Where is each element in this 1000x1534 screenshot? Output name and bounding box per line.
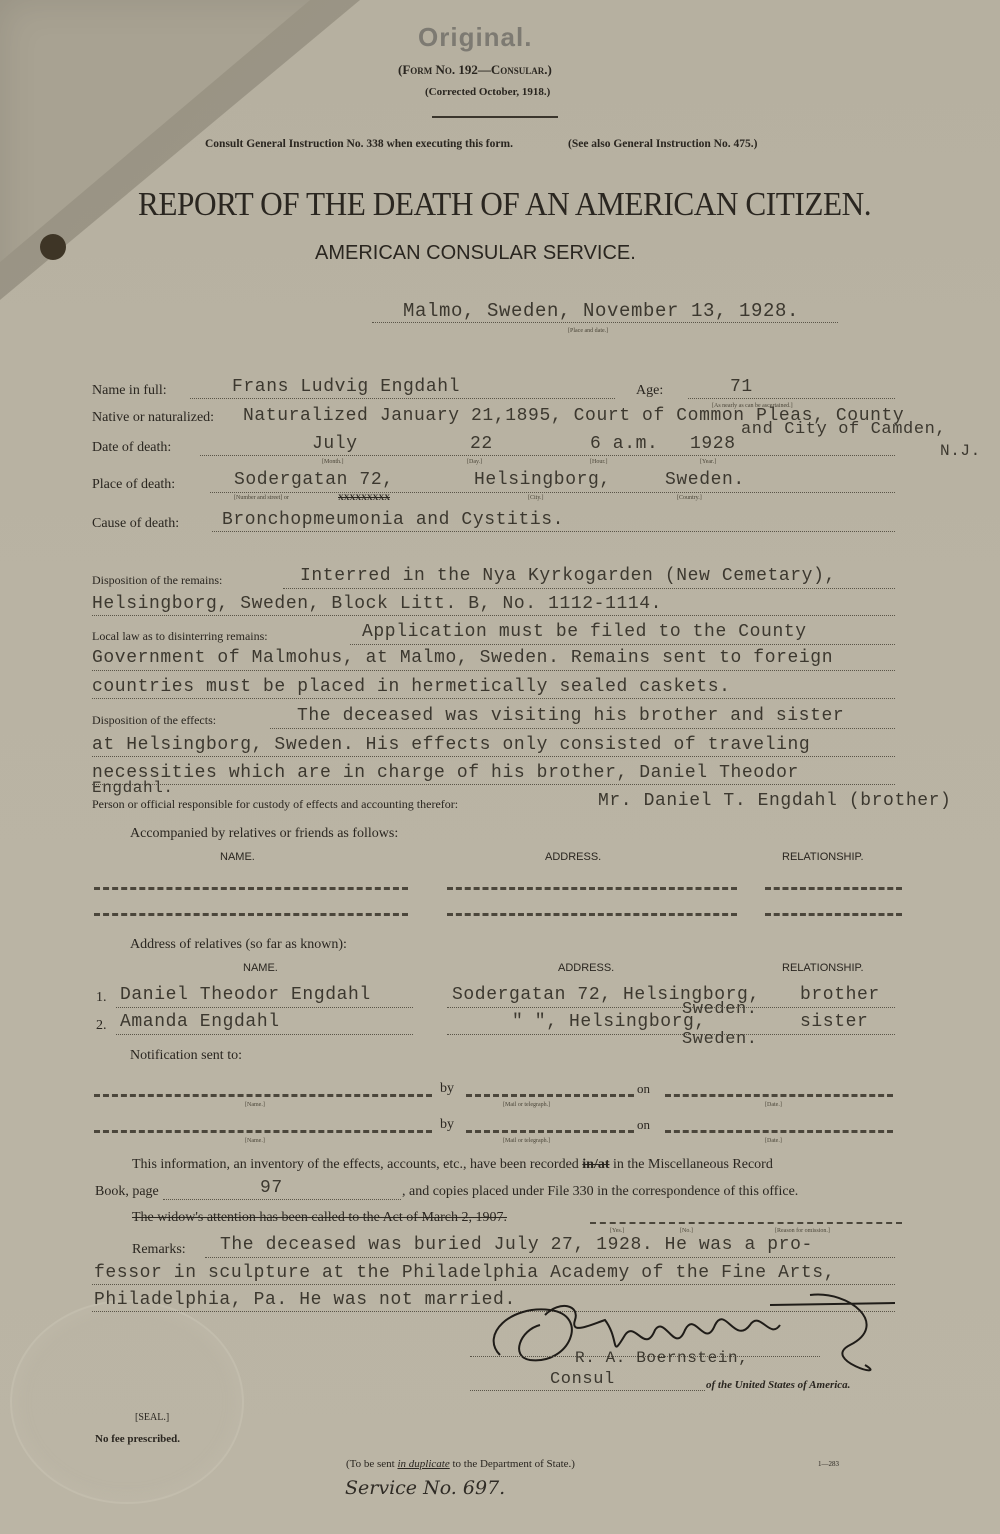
relatives-col-address: ADDRESS. xyxy=(558,962,614,974)
relative-2-name-line xyxy=(116,1034,413,1035)
remarks-line-3-text: Philadelphia, Pa. He was not married. xyxy=(94,1290,516,1310)
accompanied-col-address: ADDRESS. xyxy=(545,851,601,863)
record-text: This information, an inventory of the ef… xyxy=(132,1157,579,1172)
relative-2-name: Amanda Engdahl xyxy=(120,1012,280,1032)
record-line-1: This information, an inventory of the ef… xyxy=(132,1157,773,1173)
duplicate-pre: (To be sent xyxy=(346,1458,397,1470)
header-rule xyxy=(432,116,558,118)
effects-line-2 xyxy=(92,756,895,757)
accompanied-row-1-relationship xyxy=(765,887,902,890)
duplicate-note: (To be sent in duplicate to the Departme… xyxy=(346,1458,575,1470)
disposition-effects-label: Disposition of the effects: xyxy=(92,713,216,728)
death-hour: 6 a.m. xyxy=(590,434,658,454)
page-subtitle: AMERICAN CONSULAR SERVICE. xyxy=(315,242,636,265)
notification-1-method xyxy=(466,1094,634,1097)
hour-caption: [Hour.] xyxy=(590,459,608,465)
widow-notice-struck: The widow's attention has been called to… xyxy=(132,1210,507,1226)
name-label: Name in full: xyxy=(92,383,167,399)
date-of-death-line xyxy=(200,455,895,456)
law-line-1-text: Application must be filed to the County xyxy=(362,622,807,642)
notification-2-method xyxy=(466,1130,634,1133)
law-line-2-text: Government of Malmohus, at Malmo, Sweden… xyxy=(92,648,833,668)
seal-label: [SEAL.] xyxy=(135,1412,169,1423)
custodian-label: Person or official responsible for custo… xyxy=(92,797,458,812)
book-page-prefix: Book, page xyxy=(95,1184,159,1200)
fee-note: No fee prescribed. xyxy=(95,1433,180,1445)
cause-label: Cause of death: xyxy=(92,516,179,532)
place-date-caption: [Place and date.] xyxy=(568,328,608,334)
notification-2-date xyxy=(665,1130,893,1133)
city-caption: [City.] xyxy=(528,495,543,501)
cause-line xyxy=(212,531,895,532)
accompanied-col-name: NAME. xyxy=(220,851,255,863)
struck-caption: XXXXXXXXX xyxy=(338,493,390,502)
typed-consul-name: R. A. Boernstein, xyxy=(575,1349,748,1367)
accompanied-row-1-name xyxy=(94,887,408,890)
instruction-note: Consult General Instruction No. 338 when… xyxy=(205,138,513,150)
month-caption: [Month.] xyxy=(322,459,344,465)
effects-line-1 xyxy=(270,728,895,729)
record-line-2-end: , and copies placed under File 330 in th… xyxy=(402,1184,798,1200)
relatives-label: Address of relatives (so far as known): xyxy=(130,937,347,953)
cause-value: Bronchopmeumonia and Cystitis. xyxy=(222,510,564,530)
relative-2-address: " ", Helsingborg, xyxy=(512,1012,706,1032)
relative-2-relationship: sister xyxy=(800,1012,868,1032)
place-of-death-label: Place of death: xyxy=(92,477,175,493)
form-code: 1—283 xyxy=(818,1460,839,1468)
country-caption: [Country.] xyxy=(677,495,702,501)
year-caption: [Year.] xyxy=(700,459,716,465)
native-value-cont2: N.J. xyxy=(940,442,981,460)
remarks-line-1 xyxy=(205,1257,895,1258)
notification-1-name-caption: [Name.] xyxy=(245,1102,265,1108)
relatives-col-name: NAME. xyxy=(243,962,278,974)
death-street: Sodergatan 72, xyxy=(234,470,394,490)
widow-no-caption: [No.] xyxy=(680,1228,693,1234)
accompanied-row-1-address xyxy=(447,887,737,890)
name-value: Frans Ludvig Engdahl xyxy=(232,377,460,397)
notification-1-by: by xyxy=(440,1081,454,1097)
age-value: 71 xyxy=(730,377,753,397)
effects-line-2-text: at Helsingborg, Sweden. His effects only… xyxy=(92,735,810,755)
law-line-2 xyxy=(92,670,895,671)
notification-label: Notification sent to: xyxy=(130,1048,242,1064)
notification-1-method-caption: [Mail or telegraph.] xyxy=(503,1102,550,1108)
consul-title-line xyxy=(470,1390,705,1391)
name-line xyxy=(190,398,615,399)
day-caption: [Day.] xyxy=(467,459,482,465)
notification-1-date xyxy=(665,1094,893,1097)
duplicate-emphasis: in duplicate xyxy=(397,1458,449,1470)
notification-2-name xyxy=(94,1130,432,1133)
relative-2-address-line xyxy=(447,1034,895,1035)
date-of-death-label: Date of death: xyxy=(92,440,171,456)
law-line-1 xyxy=(350,644,895,645)
death-year: 1928 xyxy=(690,434,736,454)
notification-2-date-caption: [Date.] xyxy=(765,1138,782,1144)
accompanied-row-2-address xyxy=(447,913,737,916)
service-number: Service No. 697. xyxy=(345,1477,505,1499)
remarks-line-2-text: fessor in sculpture at the Philadelphia … xyxy=(94,1263,835,1283)
notification-1-date-caption: [Date.] xyxy=(765,1102,782,1108)
relative-1-relationship: brother xyxy=(800,985,880,1005)
relative-1-name: Daniel Theodor Engdahl xyxy=(120,985,371,1005)
notification-2-by: by xyxy=(440,1117,454,1133)
native-value-cont: and City of Camden, xyxy=(741,420,946,439)
notification-2-name-caption: [Name.] xyxy=(245,1138,265,1144)
record-text-end: in the Miscellaneous Record xyxy=(613,1157,773,1172)
widow-notice-line xyxy=(590,1222,902,1224)
remains-line-2-text: Helsingborg, Sweden, Block Litt. B, No. … xyxy=(92,594,662,614)
duplicate-post: to the Department of State.) xyxy=(450,1458,575,1470)
disposition-remains-label: Disposition of the remains: xyxy=(92,573,222,588)
remains-line-2 xyxy=(92,615,895,616)
punch-hole xyxy=(40,234,66,260)
effects-line-3 xyxy=(92,784,895,785)
remarks-line-1-text: The deceased was buried July 27, 1928. H… xyxy=(220,1235,813,1255)
accompanied-label: Accompanied by relatives or friends as f… xyxy=(130,826,398,842)
embossed-seal xyxy=(10,1300,244,1504)
relative-1-address-line xyxy=(447,1007,895,1008)
native-label: Native or naturalized: xyxy=(92,410,214,426)
law-line-3-text: countries must be placed in hermetically… xyxy=(92,677,731,697)
effects-line-4-text: Engdahl. xyxy=(92,779,174,797)
death-day: 22 xyxy=(470,434,493,454)
relatives-col-relationship: RELATIONSHIP. xyxy=(782,962,864,974)
accompanied-col-relationship: RELATIONSHIP. xyxy=(782,851,864,863)
notification-1-on: on xyxy=(637,1081,650,1097)
corrected-date: (Corrected October, 1918.) xyxy=(425,86,550,98)
remains-line-1 xyxy=(283,588,895,589)
accompanied-row-2-name xyxy=(94,913,408,916)
widow-reason-caption: [Reason for omission.] xyxy=(775,1228,830,1234)
custodian-value: Mr. Daniel T. Engdahl (brother) xyxy=(598,791,951,811)
effects-line-1-text: The deceased was visiting his brother an… xyxy=(297,706,844,726)
effects-line-3-text: necessities which are in charge of his b… xyxy=(92,763,799,783)
remains-line-1-text: Interred in the Nya Kyrkogarden (New Cem… xyxy=(300,566,836,586)
relative-1-name-line xyxy=(116,1007,413,1008)
book-page-line xyxy=(163,1199,401,1200)
widow-yes-caption: [Yes.] xyxy=(610,1228,624,1234)
place-date-line xyxy=(372,322,838,323)
street-caption: [Number and street] or xyxy=(234,495,289,501)
notification-1-name xyxy=(94,1094,432,1097)
death-city: Helsingborg, xyxy=(474,470,611,490)
age-line xyxy=(688,398,895,399)
relative-2-num: 2. xyxy=(96,1018,107,1034)
form-number: (Form No. 192—Consular.) xyxy=(398,62,552,78)
place-of-death-line xyxy=(210,492,895,493)
death-country: Sweden. xyxy=(665,470,745,490)
accompanied-row-2-relationship xyxy=(765,913,902,916)
age-label: Age: xyxy=(636,383,663,399)
relative-1-num: 1. xyxy=(96,990,107,1006)
see-also-note: (See also General Instruction No. 475.) xyxy=(568,138,757,150)
place-date-value: Malmo, Sweden, November 13, 1928. xyxy=(403,300,799,322)
notification-2-method-caption: [Mail or telegraph.] xyxy=(503,1138,550,1144)
original-stamp: Original. xyxy=(418,22,532,53)
notification-2-on: on xyxy=(637,1117,650,1133)
page-title: REPORT OF THE DEATH OF AN AMERICAN CITIZ… xyxy=(138,186,871,224)
book-page-value: 97 xyxy=(260,1178,283,1198)
remarks-label: Remarks: xyxy=(132,1242,186,1258)
consul-title: Consul xyxy=(550,1370,615,1389)
consul-suffix: of the United States of America. xyxy=(706,1379,850,1391)
relative-2-address-cont: Sweden. xyxy=(682,1030,758,1049)
death-month: July xyxy=(312,434,358,454)
local-law-label: Local law as to disinterring remains: xyxy=(92,629,268,644)
record-struck: in/at xyxy=(582,1157,609,1172)
law-line-3 xyxy=(92,698,895,699)
